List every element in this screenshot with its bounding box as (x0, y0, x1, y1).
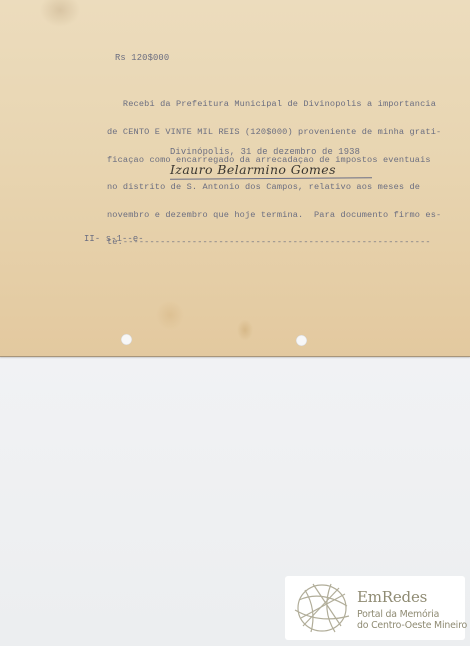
document-page: Rs 120$000 Recebi da Prefeitura Municipa… (0, 0, 470, 357)
watermark-title: EmRedes (357, 588, 427, 606)
globe-logo-icon (291, 580, 353, 636)
body-line: novembro e dezembro que hoje termina. Pa… (107, 211, 441, 220)
punch-hole-right (296, 335, 307, 346)
watermark-subtitle-1: Portal da Memória (357, 609, 439, 620)
punch-hole-left (121, 334, 132, 345)
body-line: te.-------------------------------------… (107, 238, 441, 247)
amount-header: Rs 120$000 (115, 54, 169, 63)
body-line: Recebi da Prefeitura Municipal de Divino… (107, 100, 441, 109)
dateline: Divinópolis, 31 de dezembro de 1938 (170, 148, 360, 157)
reference-code: II- s-1--e- (84, 235, 144, 244)
emredes-watermark: EmRedes Portal da Memória do Centro-Oest… (285, 576, 465, 640)
watermark-subtitle-2: do Centro-Oeste Mineiro (357, 620, 467, 631)
body-line: no distrito de S. Antonio dos Campos, re… (107, 183, 441, 192)
body-line: de CENTO E VINTE MIL REIS (120$000) prov… (107, 128, 441, 137)
